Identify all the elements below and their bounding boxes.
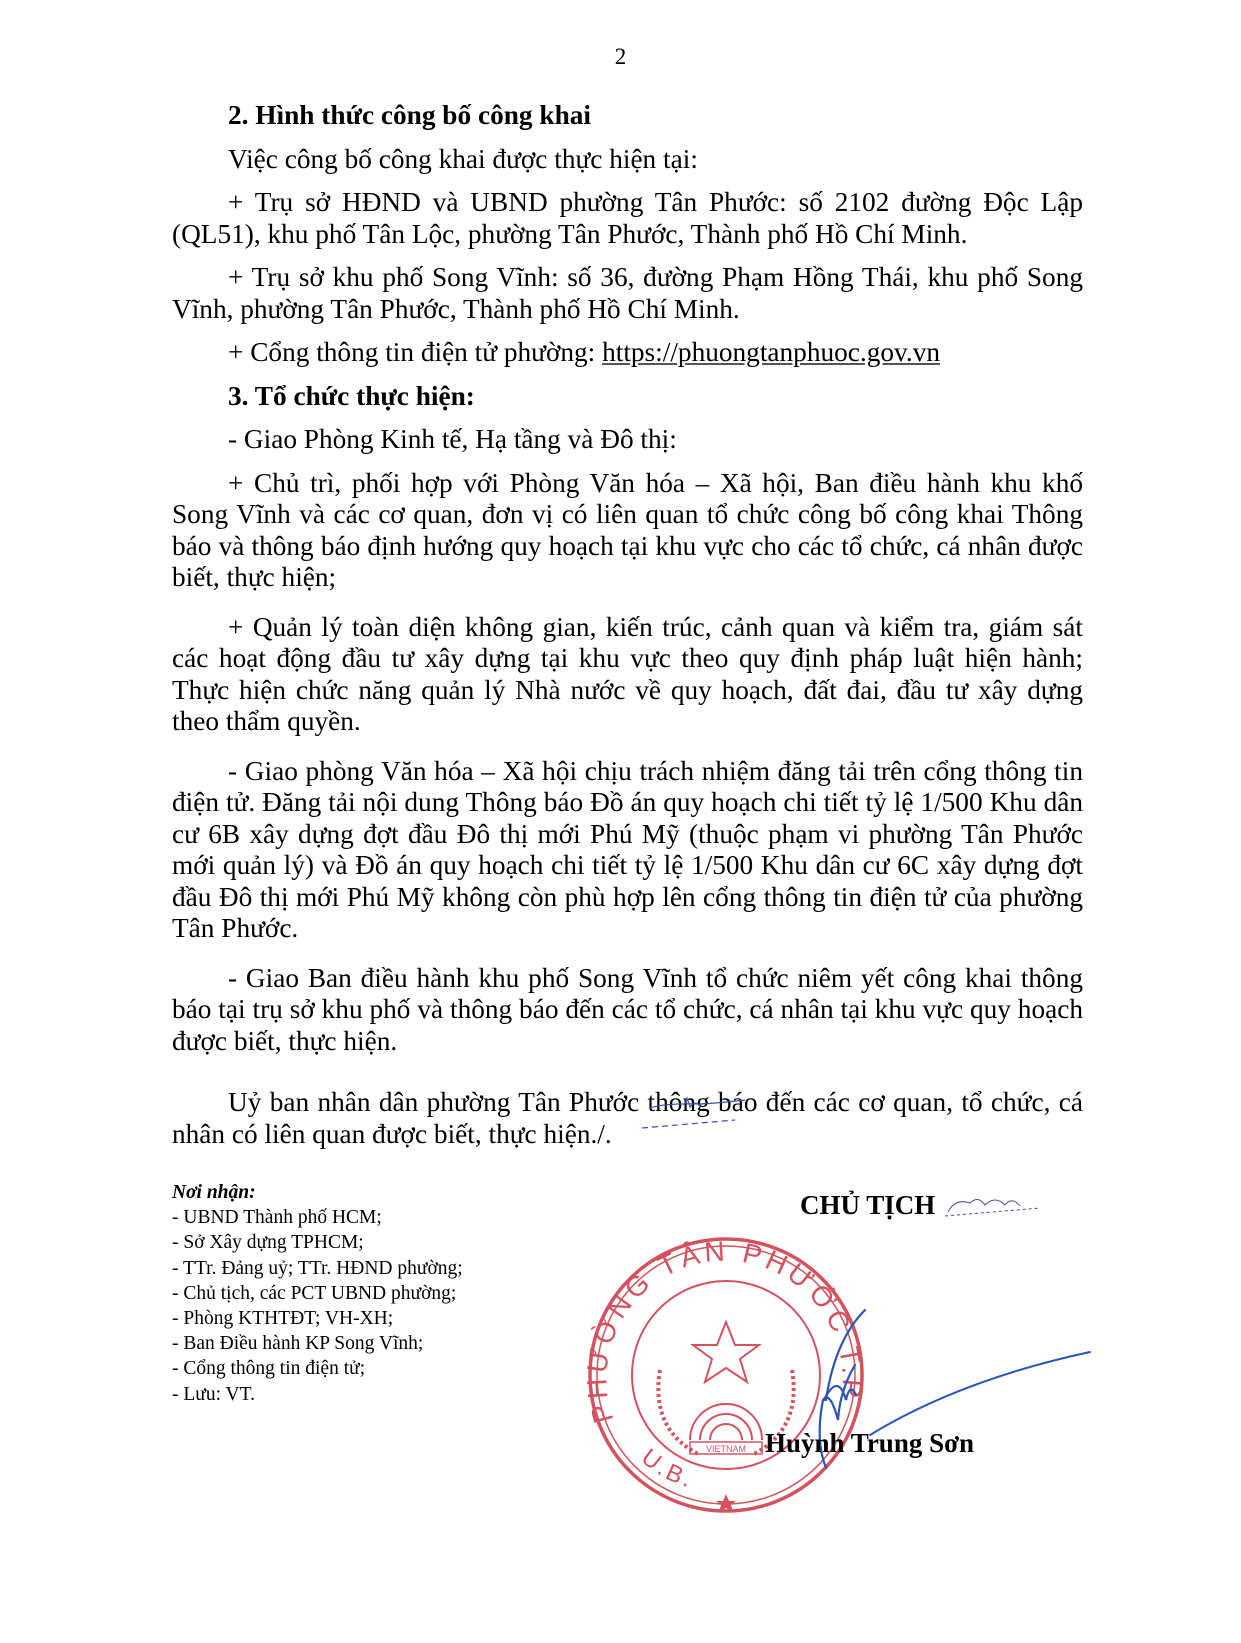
section-2-heading: 2. Hình thức công bố công khai [172, 100, 1083, 132]
recipient-item: - Lưu: VT. [172, 1382, 463, 1407]
section-2-location-1: + Trụ sở HĐND và UBND phường Tân Phước: … [172, 187, 1083, 250]
portal-link[interactable]: https://phuongtanphuoc.gov.vn [602, 337, 940, 367]
section-2-location-2: + Trụ sở khu phố Song Vĩnh: số 36, đường… [172, 262, 1083, 325]
recipient-item: - Phòng KTHTĐT; VH-XH; [172, 1306, 463, 1331]
recipients-title: Nơi nhận: [172, 1180, 463, 1205]
recipient-item: - TTr. Đảng uỷ; TTr. HĐND phường; [172, 1256, 463, 1281]
section-3-assignment-3: - Giao Ban điều hành khu phố Song Vĩnh t… [172, 963, 1083, 1058]
page-number: 2 [0, 44, 1241, 70]
portal-label: + Cổng thông tin điện tử phường: [228, 337, 602, 367]
recipient-item: - Ban Điều hành KP Song Vĩnh; [172, 1331, 463, 1356]
section-3-assignment-1a: + Chủ trì, phối hợp với Phòng Văn hóa – … [172, 468, 1083, 594]
svg-text:VIETNAM: VIETNAM [706, 1444, 746, 1454]
section-2-location-3: + Cổng thông tin điện tử phường: https:/… [172, 337, 1083, 369]
document-page: 2 2. Hình thức công bố công khai Việc cô… [0, 0, 1241, 1643]
section-3-heading: 3. Tổ chức thực hiện: [172, 381, 1083, 413]
recipient-item: - UBND Thành phố HCM; [172, 1205, 463, 1230]
recipient-item: - Chủ tịch, các PCT UBND phường; [172, 1281, 463, 1306]
section-2-intro: Việc công bố công khai được thực hiện tạ… [172, 144, 1083, 176]
signer-name: Huỳnh Trung Sơn [765, 1428, 974, 1459]
document-body: 2. Hình thức công bố công khai Việc công… [172, 100, 1083, 1150]
title-initials-icon [945, 1199, 1040, 1216]
closing-paragraph: Uỷ ban nhân dân phường Tân Phước thông b… [172, 1087, 1083, 1150]
recipients-block: Nơi nhận: - UBND Thành phố HCM; - Sở Xây… [172, 1180, 463, 1407]
recipient-item: - Cổng thông tin điện tử; [172, 1356, 463, 1381]
section-3-assignment-2: - Giao phòng Văn hóa – Xã hội chịu trách… [172, 756, 1083, 945]
section-3-assignment-1: - Giao Phòng Kinh tế, Hạ tầng và Đô thị: [172, 424, 1083, 456]
recipient-item: - Sở Xây dựng TPHCM; [172, 1230, 463, 1255]
section-3-assignment-1b: + Quản lý toàn diện không gian, kiến trú… [172, 612, 1083, 738]
signer-title: CHỦ TỊCH [800, 1190, 935, 1221]
